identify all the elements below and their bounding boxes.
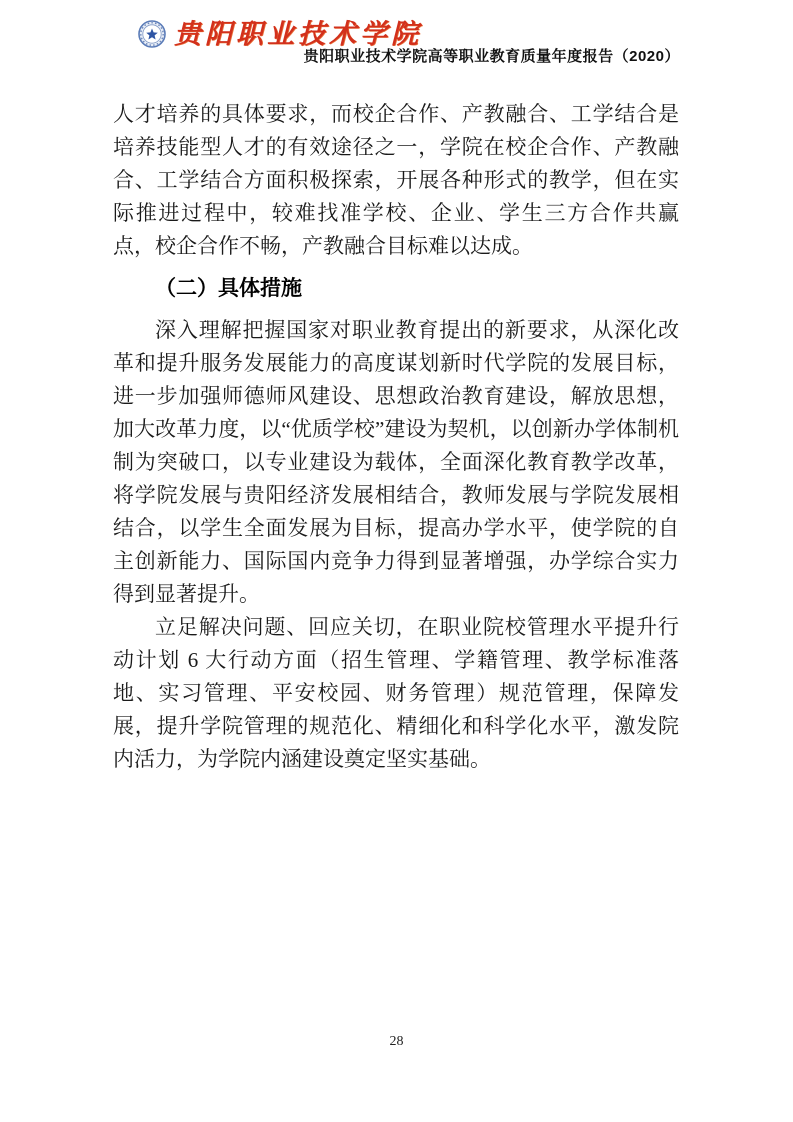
paragraph-management-plan: 立足解决问题、回应关切，在职业院校管理水平提升行动计划 6 大行动方面（招生管理… (113, 611, 679, 776)
document-page: 贵阳职业技术学院 贵阳职业技术学院高等职业教育质量年度报告（2020） 人才培养… (0, 0, 793, 1122)
section-heading-specific-measures: （二）具体措施 (113, 272, 679, 305)
college-name-calligraphy: 贵阳职业技术学院 (174, 21, 422, 48)
paragraph-continuation: 人才培养的具体要求，而校企合作、产教融合、工学结合是培养技能型人才的有效途径之一… (113, 98, 679, 263)
page-footer: 28 (0, 1034, 793, 1050)
page-header: 贵阳职业技术学院 贵阳职业技术学院高等职业教育质量年度报告（2020） (0, 0, 793, 90)
college-logo: 贵阳职业技术学院 (138, 20, 422, 48)
report-title: 贵阳职业技术学院高等职业教育质量年度报告（2020） (304, 45, 680, 66)
document-body: 人才培养的具体要求，而校企合作、产教融合、工学结合是培养技能型人才的有效途径之一… (113, 98, 679, 776)
page-number: 28 (390, 1034, 404, 1049)
school-seal-icon (138, 20, 166, 48)
paragraph-reform-goals: 深入理解把握国家对职业教育提出的新要求，从深化改革和提升服务发展能力的高度谋划新… (113, 314, 679, 611)
